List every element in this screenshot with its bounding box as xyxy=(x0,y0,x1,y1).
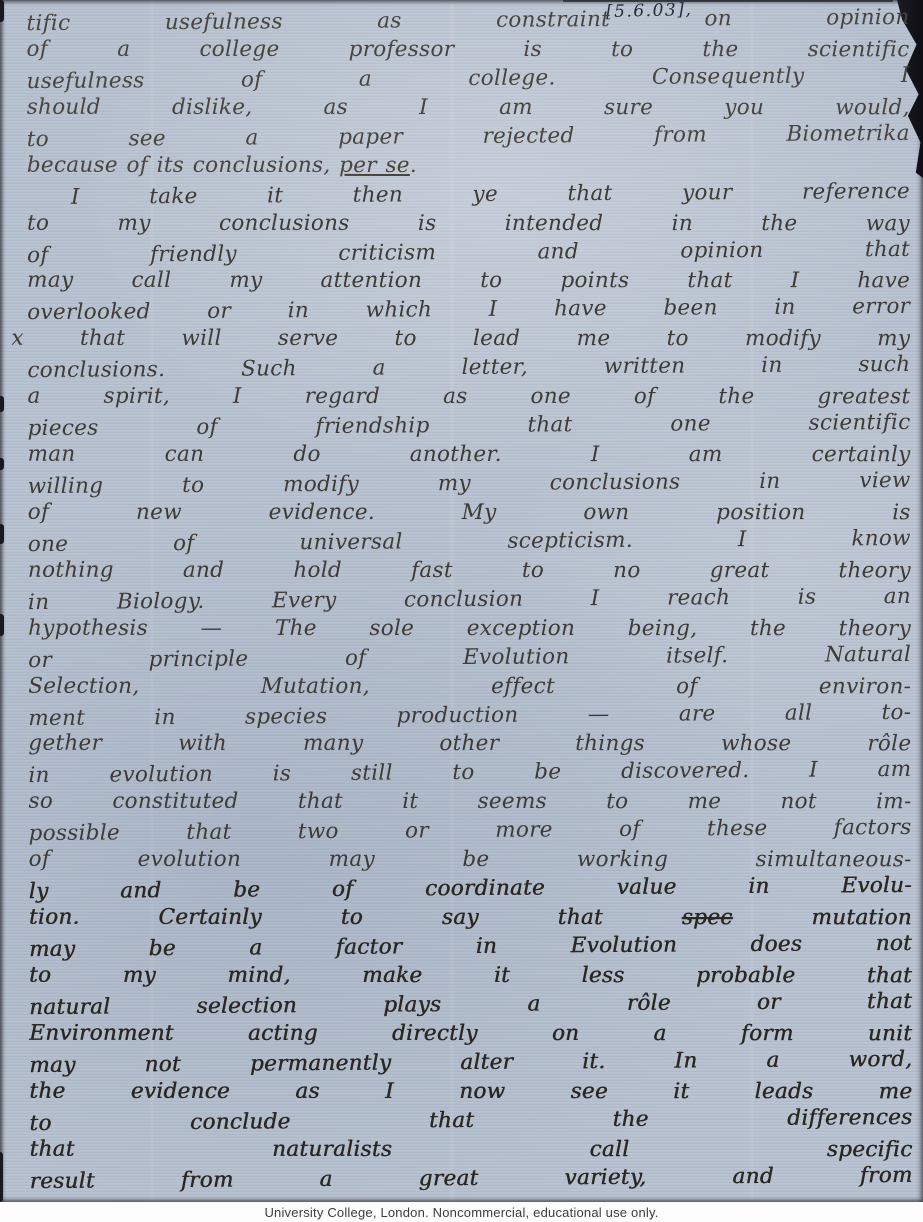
caption-strip: University College, London. Noncommercia… xyxy=(0,1202,923,1222)
letter-scan: [5.6.03], tific usefulness as constraint… xyxy=(0,0,923,1222)
scan-edge-left xyxy=(0,524,4,544)
letter-lines: tific usefulness as constraint on opinio… xyxy=(26,6,912,1195)
letter-line: x that will serve to lead me to modify m… xyxy=(11,325,910,354)
letter-page: [5.6.03], tific usefulness as constraint… xyxy=(0,0,923,1202)
letter-line: ly and be of coordinate value in Evolu- xyxy=(29,872,912,907)
letter-line: nothing and hold fast to no great theory xyxy=(28,557,911,586)
letter-line: that naturalists call specific xyxy=(29,1135,912,1164)
letter-line: of a college professor is to the scienti… xyxy=(27,36,910,65)
letter-line: conclusions. Such a letter, written in s… xyxy=(27,351,910,386)
struck-word: spec xyxy=(682,905,733,930)
letter-line: I take it then ye that your reference xyxy=(27,178,910,213)
letter-line: willing to modify my conclusions in view xyxy=(28,467,911,502)
underlined-phrase: per se xyxy=(339,153,410,178)
line-segment: . xyxy=(410,153,417,178)
letter-line: to my conclusions is intended in the way xyxy=(27,209,910,238)
scan-edge-left xyxy=(0,614,4,636)
letter-line: overlooked or in which I have been in er… xyxy=(27,293,910,328)
letter-line: the evidence as I now see it leads me xyxy=(29,1077,912,1106)
letter-line: usefulness of a college. Consequently I xyxy=(27,62,910,97)
letter-line: to my mind, make it less probable that xyxy=(29,962,912,991)
letter-line: may be a factor in Evolution does not xyxy=(29,930,912,965)
letter-line: to conclude that the differences xyxy=(29,1104,912,1139)
letter-line: tion. Certainly to say that spec mutatio… xyxy=(29,904,912,933)
letter-line: because of its conclusions, per se. xyxy=(27,151,910,180)
letter-line: a spirit, I regard as one of the greates… xyxy=(27,383,910,412)
letter-line: Environment acting directly on a form un… xyxy=(29,1020,912,1049)
letter-line: of new evidence. My own position is xyxy=(28,499,911,528)
scan-edge-left xyxy=(0,1152,3,1202)
letter-line: Selection, Mutation, effect of environ- xyxy=(28,672,911,701)
letter-line: of friendly criticism and opinion that xyxy=(27,235,910,270)
letter-line: one of universal scepticism. I know xyxy=(28,525,911,560)
letter-line: result from a great variety, and from xyxy=(29,1161,912,1196)
line-segment: mutation xyxy=(732,905,911,930)
letter-line: may call my attention to points that I h… xyxy=(27,267,910,296)
letter-line: possible that two or more of these facto… xyxy=(29,814,912,849)
letter-line: gether with many other things whose rôle xyxy=(28,730,911,759)
line-segment: because of its conclusions, xyxy=(27,152,339,177)
letter-line: of evolution may be working simultaneous… xyxy=(29,846,912,875)
letter-line: should dislike, as I am sure you would, xyxy=(27,94,910,123)
letter-line: natural selection plays a rôle or that xyxy=(29,988,912,1023)
letter-line: tific usefulness as constraint on opinio… xyxy=(26,4,909,39)
letter-line: in Biology. Every conclusion I reach is … xyxy=(28,583,911,618)
scan-edge-left xyxy=(0,396,4,412)
letter-line: so constituted that it seems to me not i… xyxy=(29,788,912,817)
letter-line: to see a paper rejected from Biometrika xyxy=(27,120,910,155)
letter-line: man can do another. I am certainly xyxy=(28,441,911,470)
line-segment: tion. Certainly to say that xyxy=(29,905,682,930)
copyright-caption: University College, London. Noncommercia… xyxy=(264,1205,658,1220)
scan-edge-left xyxy=(0,458,4,470)
letter-line: pieces of friendship that one scientific xyxy=(27,409,910,444)
letter-line: hypothesis — The sole exception being, t… xyxy=(28,614,911,643)
letter-line: in evolution is still to be discovered. … xyxy=(28,756,911,791)
scan-edge-left xyxy=(0,0,4,22)
letter-line: may not permanently alter it. In a word, xyxy=(29,1046,912,1081)
letter-line: ment in species production — are all to- xyxy=(28,698,911,733)
letter-line: or principle of Evolution itself. Natura… xyxy=(28,641,911,676)
